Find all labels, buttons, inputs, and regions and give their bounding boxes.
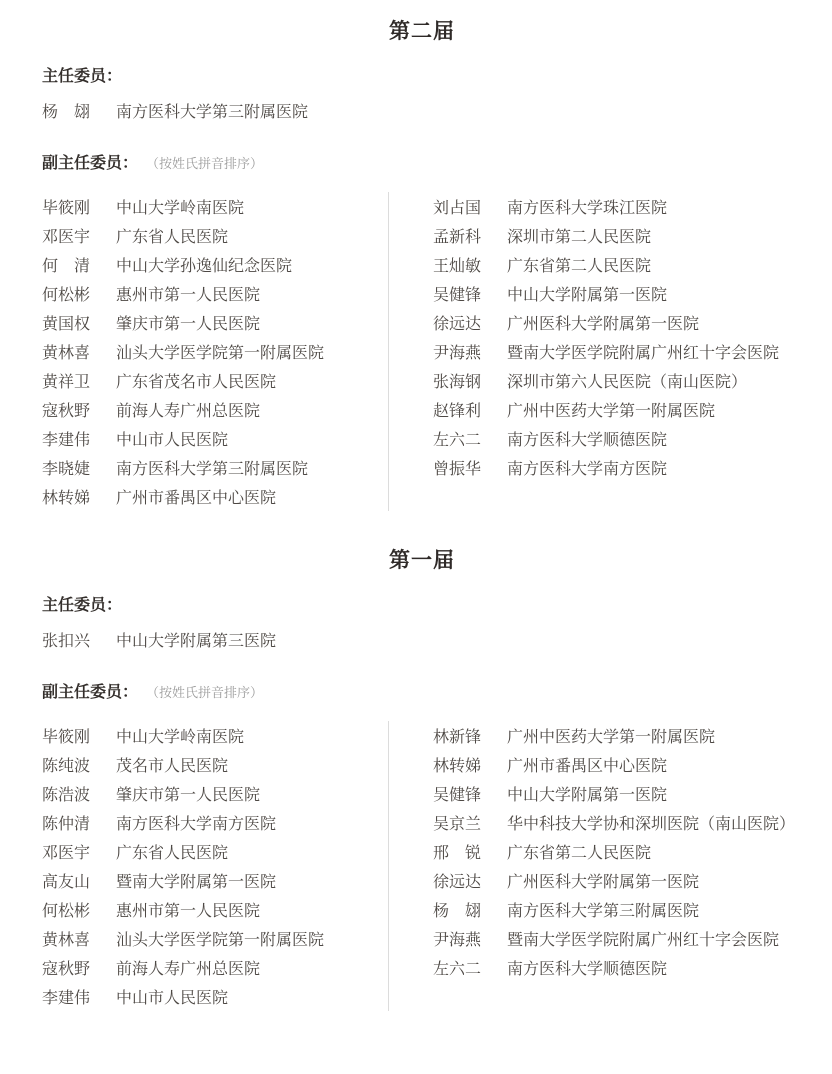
member-row: 李建伟中山市人民医院: [42, 982, 388, 1011]
vice-members-left-column: 毕筱刚中山大学岭南医院邓医宇广东省人民医院何 清中山大学孙逸仙纪念医院何松彬惠州…: [42, 192, 388, 511]
member-name: 陈仲清: [42, 811, 90, 834]
chair-name: 张扣兴: [42, 628, 90, 651]
member-hospital: 华中科技大学协和深圳医院（南山医院）: [507, 811, 795, 834]
member-name: 吴健锋: [433, 782, 481, 805]
member-name: 林转娣: [433, 753, 481, 776]
member-hospital: 南方医科大学顺德医院: [507, 427, 667, 450]
member-hospital: 深圳市第二人民医院: [507, 224, 651, 247]
member-name: 左六二: [433, 427, 481, 450]
member-hospital: 中山大学附属第一医院: [507, 782, 667, 805]
member-row: 曾振华南方医科大学南方医院: [433, 453, 802, 482]
chair-name: 杨 翃: [42, 99, 90, 122]
member-name: 林新锋: [433, 724, 481, 747]
member-hospital: 广州中医药大学第一附属医院: [507, 398, 715, 421]
member-name: 陈浩波: [42, 782, 90, 805]
member-row: 毕筱刚中山大学岭南医院: [42, 721, 388, 750]
member-row: 徐远达广州医科大学附属第一医院: [433, 866, 802, 895]
member-hospital: 惠州市第一人民医院: [116, 898, 260, 921]
member-name: 陈纯波: [42, 753, 90, 776]
chair-label: 主任委员：: [42, 66, 802, 88]
member-name: 何 清: [42, 253, 90, 276]
member-name: 吴健锋: [433, 282, 481, 305]
member-row: 何松彬惠州市第一人民医院: [42, 279, 388, 308]
member-name: 徐远达: [433, 311, 481, 334]
member-hospital: 广州市番禺区中心医院: [116, 485, 276, 508]
member-hospital: 广东省人民医院: [116, 840, 228, 863]
member-name: 高友山: [42, 869, 90, 892]
member-row: 李建伟中山市人民医院: [42, 424, 388, 453]
member-hospital: 广东省茂名市人民医院: [116, 369, 276, 392]
member-name: 寇秋野: [42, 956, 90, 979]
member-row: 尹海燕暨南大学医学院附属广州红十字会医院: [433, 337, 802, 366]
member-name: 曾振华: [433, 456, 481, 479]
member-row: 黄祥卫广东省茂名市人民医院: [42, 366, 388, 395]
member-hospital: 中山市人民医院: [116, 985, 228, 1008]
member-row: 林新锋广州中医药大学第一附属医院: [433, 721, 802, 750]
member-name: 赵锋利: [433, 398, 481, 421]
session-2-section: 第二届 主任委员： 杨 翃 南方医科大学第三附属医院 副主任委员： （按姓氏拼音…: [42, 18, 802, 511]
member-hospital: 广州医科大学附属第一医院: [507, 869, 699, 892]
committee-roster-page: 第二届 主任委员： 杨 翃 南方医科大学第三附属医院 副主任委员： （按姓氏拼音…: [0, 0, 832, 1074]
member-name: 刘占国: [433, 195, 481, 218]
member-name: 邓医宇: [42, 224, 90, 247]
member-row: 黄国权肇庆市第一人民医院: [42, 308, 388, 337]
member-hospital: 广东省人民医院: [116, 224, 228, 247]
member-name: 张海钢: [433, 369, 481, 392]
member-hospital: 南方医科大学第三附属医院: [507, 898, 699, 921]
member-row: 刘占国南方医科大学珠江医院: [433, 192, 802, 221]
member-name: 李建伟: [42, 985, 90, 1008]
chair-label: 主任委员：: [42, 595, 802, 617]
member-name: 黄林喜: [42, 340, 90, 363]
member-name: 寇秋野: [42, 398, 90, 421]
member-row: 吴健锋中山大学附属第一医院: [433, 279, 802, 308]
member-name: 李建伟: [42, 427, 90, 450]
member-row: 徐远达广州医科大学附属第一医院: [433, 308, 802, 337]
chair-row: 张扣兴 中山大学附属第三医院: [42, 628, 802, 650]
member-row: 尹海燕暨南大学医学院附属广州红十字会医院: [433, 924, 802, 953]
member-hospital: 前海人寿广州总医院: [116, 398, 260, 421]
member-name: 王灿敏: [433, 253, 481, 276]
member-hospital: 广东省第二人民医院: [507, 840, 651, 863]
vice-members-columns: 毕筱刚中山大学岭南医院陈纯波茂名市人民医院陈浩波肇庆市第一人民医院陈仲清南方医科…: [42, 718, 802, 1011]
member-name: 毕筱刚: [42, 724, 90, 747]
chair-hospital: 中山大学附属第三医院: [116, 628, 276, 651]
member-row: 何松彬惠州市第一人民医院: [42, 895, 388, 924]
member-name: 何松彬: [42, 282, 90, 305]
member-hospital: 肇庆市第一人民医院: [116, 311, 260, 334]
member-hospital: 南方医科大学南方医院: [507, 456, 667, 479]
member-hospital: 暨南大学医学院附属广州红十字会医院: [507, 927, 779, 950]
member-hospital: 汕头大学医学院第一附属医院: [116, 340, 324, 363]
member-name: 林转娣: [42, 485, 90, 508]
pinyin-sort-note: （按姓氏拼音排序）: [146, 682, 263, 704]
member-name: 左六二: [433, 956, 481, 979]
member-hospital: 茂名市人民医院: [116, 753, 228, 776]
member-row: 邓医宇广东省人民医院: [42, 837, 388, 866]
vice-members-columns: 毕筱刚中山大学岭南医院邓医宇广东省人民医院何 清中山大学孙逸仙纪念医院何松彬惠州…: [42, 189, 802, 511]
vice-chair-label-row: 副主任委员： （按姓氏拼音排序）: [42, 682, 802, 704]
member-hospital: 广州市番禺区中心医院: [507, 753, 667, 776]
member-hospital: 南方医科大学南方医院: [116, 811, 276, 834]
member-row: 高友山暨南大学附属第一医院: [42, 866, 388, 895]
session-2-title: 第二届: [42, 18, 802, 46]
member-row: 邢 锐广东省第二人民医院: [433, 837, 802, 866]
member-hospital: 惠州市第一人民医院: [116, 282, 260, 305]
member-name: 毕筱刚: [42, 195, 90, 218]
member-row: 林转娣广州市番禺区中心医院: [42, 482, 388, 511]
session-1-section: 第一届 主任委员： 张扣兴 中山大学附属第三医院 副主任委员： （按姓氏拼音排序…: [42, 547, 802, 1011]
vice-chair-label-row: 副主任委员： （按姓氏拼音排序）: [42, 153, 802, 175]
vice-chair-label: 副主任委员：: [42, 682, 138, 704]
vice-members-left-column: 毕筱刚中山大学岭南医院陈纯波茂名市人民医院陈浩波肇庆市第一人民医院陈仲清南方医科…: [42, 721, 388, 1011]
member-name: 徐远达: [433, 869, 481, 892]
member-row: 吴健锋中山大学附属第一医院: [433, 779, 802, 808]
member-hospital: 南方医科大学顺德医院: [507, 956, 667, 979]
member-row: 陈纯波茂名市人民医院: [42, 750, 388, 779]
member-name: 邓医宇: [42, 840, 90, 863]
member-row: 吴京兰华中科技大学协和深圳医院（南山医院）: [433, 808, 802, 837]
member-name: 孟新科: [433, 224, 481, 247]
member-name: 李晓婕: [42, 456, 90, 479]
session-1-title: 第一届: [42, 547, 802, 575]
member-row: 孟新科深圳市第二人民医院: [433, 221, 802, 250]
member-row: 何 清中山大学孙逸仙纪念医院: [42, 250, 388, 279]
member-hospital: 中山大学附属第一医院: [507, 282, 667, 305]
member-hospital: 肇庆市第一人民医院: [116, 782, 260, 805]
member-name: 杨 翃: [433, 898, 481, 921]
member-row: 张海钢深圳市第六人民医院（南山医院）: [433, 366, 802, 395]
member-name: 黄国权: [42, 311, 90, 334]
member-hospital: 中山大学岭南医院: [116, 195, 244, 218]
member-hospital: 南方医科大学第三附属医院: [116, 456, 308, 479]
member-hospital: 广州中医药大学第一附属医院: [507, 724, 715, 747]
member-hospital: 中山大学岭南医院: [116, 724, 244, 747]
vice-members-right-column: 刘占国南方医科大学珠江医院孟新科深圳市第二人民医院王灿敏广东省第二人民医院吴健锋…: [388, 192, 802, 511]
member-name: 吴京兰: [433, 811, 481, 834]
member-hospital: 中山大学孙逸仙纪念医院: [116, 253, 292, 276]
member-name: 尹海燕: [433, 927, 481, 950]
member-row: 黄林喜汕头大学医学院第一附属医院: [42, 924, 388, 953]
pinyin-sort-note: （按姓氏拼音排序）: [146, 153, 263, 175]
member-name: 黄祥卫: [42, 369, 90, 392]
member-hospital: 暨南大学附属第一医院: [116, 869, 276, 892]
chair-row: 杨 翃 南方医科大学第三附属医院: [42, 99, 802, 121]
member-row: 杨 翃南方医科大学第三附属医院: [433, 895, 802, 924]
member-row: 邓医宇广东省人民医院: [42, 221, 388, 250]
member-hospital: 深圳市第六人民医院（南山医院）: [507, 369, 747, 392]
member-row: 陈仲清南方医科大学南方医院: [42, 808, 388, 837]
member-row: 左六二南方医科大学顺德医院: [433, 424, 802, 453]
member-row: 寇秋野前海人寿广州总医院: [42, 953, 388, 982]
member-name: 邢 锐: [433, 840, 481, 863]
member-row: 陈浩波肇庆市第一人民医院: [42, 779, 388, 808]
chair-hospital: 南方医科大学第三附属医院: [116, 99, 308, 122]
member-hospital: 广东省第二人民医院: [507, 253, 651, 276]
member-hospital: 南方医科大学珠江医院: [507, 195, 667, 218]
member-hospital: 汕头大学医学院第一附属医院: [116, 927, 324, 950]
member-row: 毕筱刚中山大学岭南医院: [42, 192, 388, 221]
member-name: 黄林喜: [42, 927, 90, 950]
vice-chair-label: 副主任委员：: [42, 153, 138, 175]
member-hospital: 前海人寿广州总医院: [116, 956, 260, 979]
member-row: 李晓婕南方医科大学第三附属医院: [42, 453, 388, 482]
member-row: 林转娣广州市番禺区中心医院: [433, 750, 802, 779]
member-row: 左六二南方医科大学顺德医院: [433, 953, 802, 982]
member-row: 王灿敏广东省第二人民医院: [433, 250, 802, 279]
member-name: 何松彬: [42, 898, 90, 921]
vice-members-right-column: 林新锋广州中医药大学第一附属医院林转娣广州市番禺区中心医院吴健锋中山大学附属第一…: [388, 721, 802, 1011]
member-hospital: 广州医科大学附属第一医院: [507, 311, 699, 334]
member-name: 尹海燕: [433, 340, 481, 363]
member-row: 黄林喜汕头大学医学院第一附属医院: [42, 337, 388, 366]
member-row: 赵锋利广州中医药大学第一附属医院: [433, 395, 802, 424]
member-row: 寇秋野前海人寿广州总医院: [42, 395, 388, 424]
member-hospital: 中山市人民医院: [116, 427, 228, 450]
member-hospital: 暨南大学医学院附属广州红十字会医院: [507, 340, 779, 363]
